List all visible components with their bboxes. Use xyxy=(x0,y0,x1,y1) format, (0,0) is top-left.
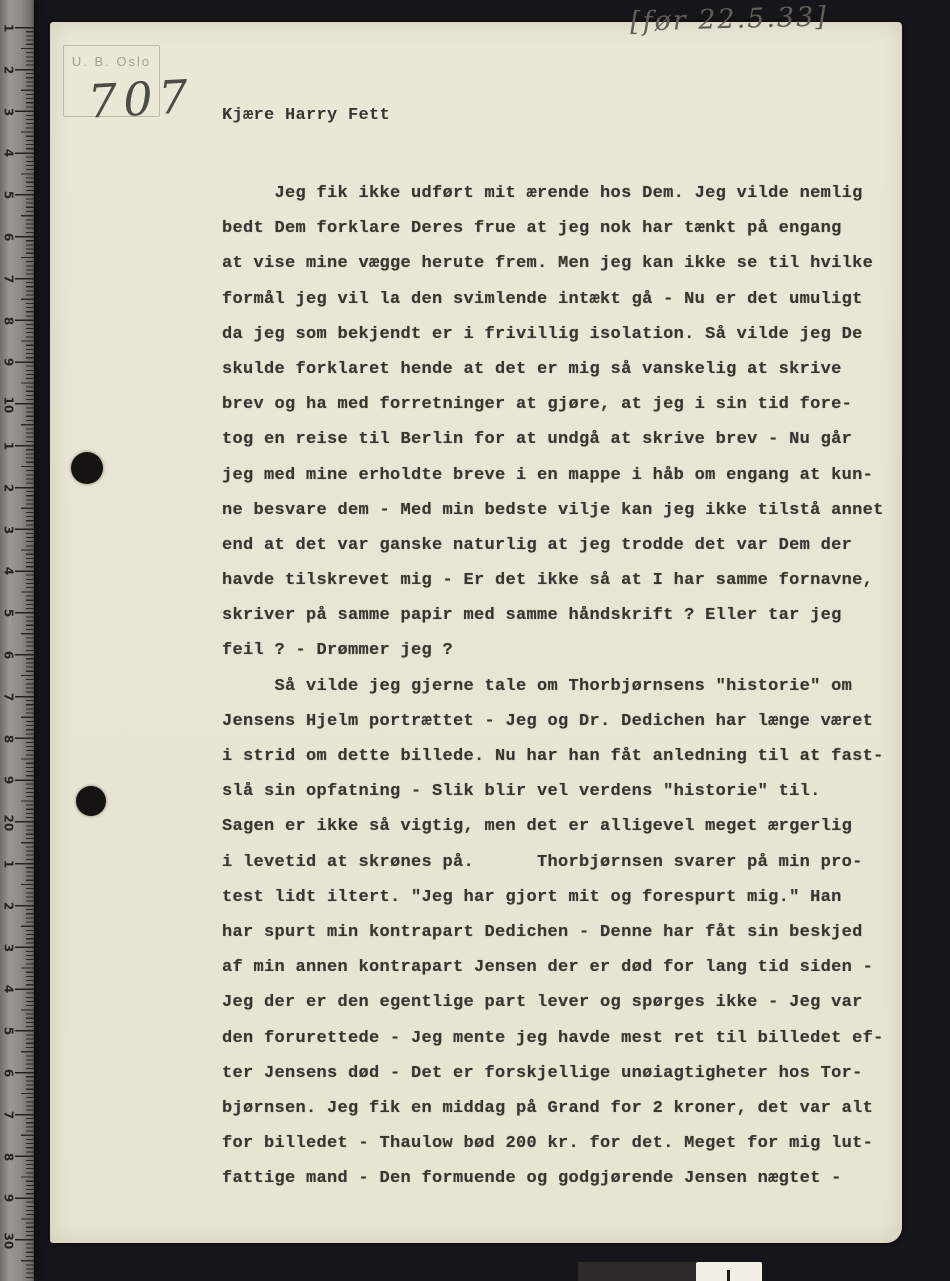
ruler-label: 5 xyxy=(2,1024,16,1039)
ruler-label: 9 xyxy=(2,1191,16,1206)
letter-line: Jensens Hjelm portrættet - Jeg og Dr. De… xyxy=(222,704,890,739)
letter-line: den forurettede - Jeg mente jeg havde me… xyxy=(222,1021,890,1056)
letter-line: ne besvare dem - Med min bedste vilje ka… xyxy=(222,493,890,528)
letter-line: formål jeg vil la den svimlende intækt g… xyxy=(222,282,890,317)
ruler-label: 5 xyxy=(2,188,16,203)
ruler-label: 5 xyxy=(2,606,16,621)
ruler-label: 8 xyxy=(2,1149,16,1164)
ruler-label: 1 xyxy=(2,439,16,454)
letter-line: Sagen er ikke så vigtig, men det er alli… xyxy=(222,809,890,844)
letter-line: havde tilskrevet mig - Er det ikke så at… xyxy=(222,563,890,598)
letter-line: Så vilde jeg gjerne tale om Thorbjørnsen… xyxy=(222,669,890,704)
ruler-label: 4 xyxy=(2,146,16,161)
letter-line: tog en reise til Berlin for at undgå at … xyxy=(222,422,890,457)
ruler-label: 3 xyxy=(2,940,16,955)
letter-line: at vise mine vægge herute frem. Men jeg … xyxy=(222,246,890,281)
date-annotation: [før 22.5.33] xyxy=(630,1,829,37)
scan-background: 123456789101234567892012345678930 U. B. … xyxy=(0,0,950,1281)
letter-body: Jeg fik ikke udført mit ærende hos Dem. … xyxy=(222,176,890,1196)
letter-line: bedt Dem forklare Deres frue at jeg nok … xyxy=(222,211,890,246)
ruler-label: 4 xyxy=(2,982,16,997)
ruler-label: 7 xyxy=(2,271,16,286)
letter-line: jeg med mine erholdte breve i en mappe i… xyxy=(222,458,890,493)
calibration-mark xyxy=(727,1270,730,1281)
ruler-label: 3 xyxy=(2,104,16,119)
archival-number: 707 xyxy=(87,69,195,128)
letter-line: har spurt min kontrapart Dedichen - Denn… xyxy=(222,915,890,950)
letter-line: test lidt iltert. "Jeg har gjort mit og … xyxy=(222,880,890,915)
letter-line: af min annen kontrapart Jensen der er dø… xyxy=(222,950,890,985)
ruler-label: 6 xyxy=(2,1066,16,1081)
ruler-label: 7 xyxy=(2,689,16,704)
ruler-label: 2 xyxy=(2,480,16,495)
letter-line: brev og ha med forretninger at gjøre, at… xyxy=(222,387,890,422)
letter-line: i levetid at skrønes på. Thorbjørnsen sv… xyxy=(222,845,890,880)
letter-page: U. B. Oslo 707 Kjære Harry Fett Jeg fik … xyxy=(50,22,902,1243)
calibration-card-fragment xyxy=(696,1262,762,1281)
ruler-cm-ticks xyxy=(15,27,34,1281)
letter-line: Jeg der er den egentlige part lever og s… xyxy=(222,985,890,1020)
letter-line: i strid om dette billede. Nu har han fåt… xyxy=(222,739,890,774)
ruler-label: 6 xyxy=(2,230,16,245)
letter-line: bjørnsen. Jeg fik en middag på Grand for… xyxy=(222,1091,890,1126)
ruler-label: 9 xyxy=(2,773,16,788)
letter-line: skriver på samme papir med samme håndskr… xyxy=(222,598,890,633)
ruler-label: 3 xyxy=(2,522,16,537)
ruler-label: 9 xyxy=(2,355,16,370)
letter-line: slå sin opfatning - Slik blir vel verden… xyxy=(222,774,890,809)
letter-line: skulde forklaret hende at det er mig så … xyxy=(222,352,890,387)
bottom-shadow-strip xyxy=(578,1262,696,1281)
ruler-label: 2 xyxy=(2,62,16,77)
ruler-label: 4 xyxy=(2,564,16,579)
ruler-label: 30 xyxy=(2,1233,16,1248)
salutation: Kjære Harry Fett xyxy=(222,106,390,125)
ruler-label: 8 xyxy=(2,313,16,328)
letter-line: ter Jensens død - Det er forskjellige un… xyxy=(222,1056,890,1091)
letter-line: da jeg som bekjendt er i frivillig isola… xyxy=(222,317,890,352)
ruler-label: 8 xyxy=(2,731,16,746)
ruler-label: 7 xyxy=(2,1107,16,1122)
ruler-label: 1 xyxy=(2,21,16,36)
letter-line: feil ? - Drømmer jeg ? xyxy=(222,633,890,668)
ruler-label: 20 xyxy=(2,815,16,830)
ruler-label: 6 xyxy=(2,648,16,663)
punch-hole-bottom xyxy=(76,786,106,816)
letter-line: end at det var ganske naturlig at jeg tr… xyxy=(222,528,890,563)
ruler-label: 2 xyxy=(2,898,16,913)
ruler: 123456789101234567892012345678930 xyxy=(0,0,34,1281)
punch-hole-top xyxy=(71,452,103,484)
ruler-label: 10 xyxy=(2,397,16,412)
letter-line: fattige mand - Den formuende og godgjøre… xyxy=(222,1161,890,1196)
letter-line: for billedet - Thaulow bød 200 kr. for d… xyxy=(222,1126,890,1161)
ruler-label: 1 xyxy=(2,857,16,872)
letter-line: Jeg fik ikke udført mit ærende hos Dem. … xyxy=(222,176,890,211)
